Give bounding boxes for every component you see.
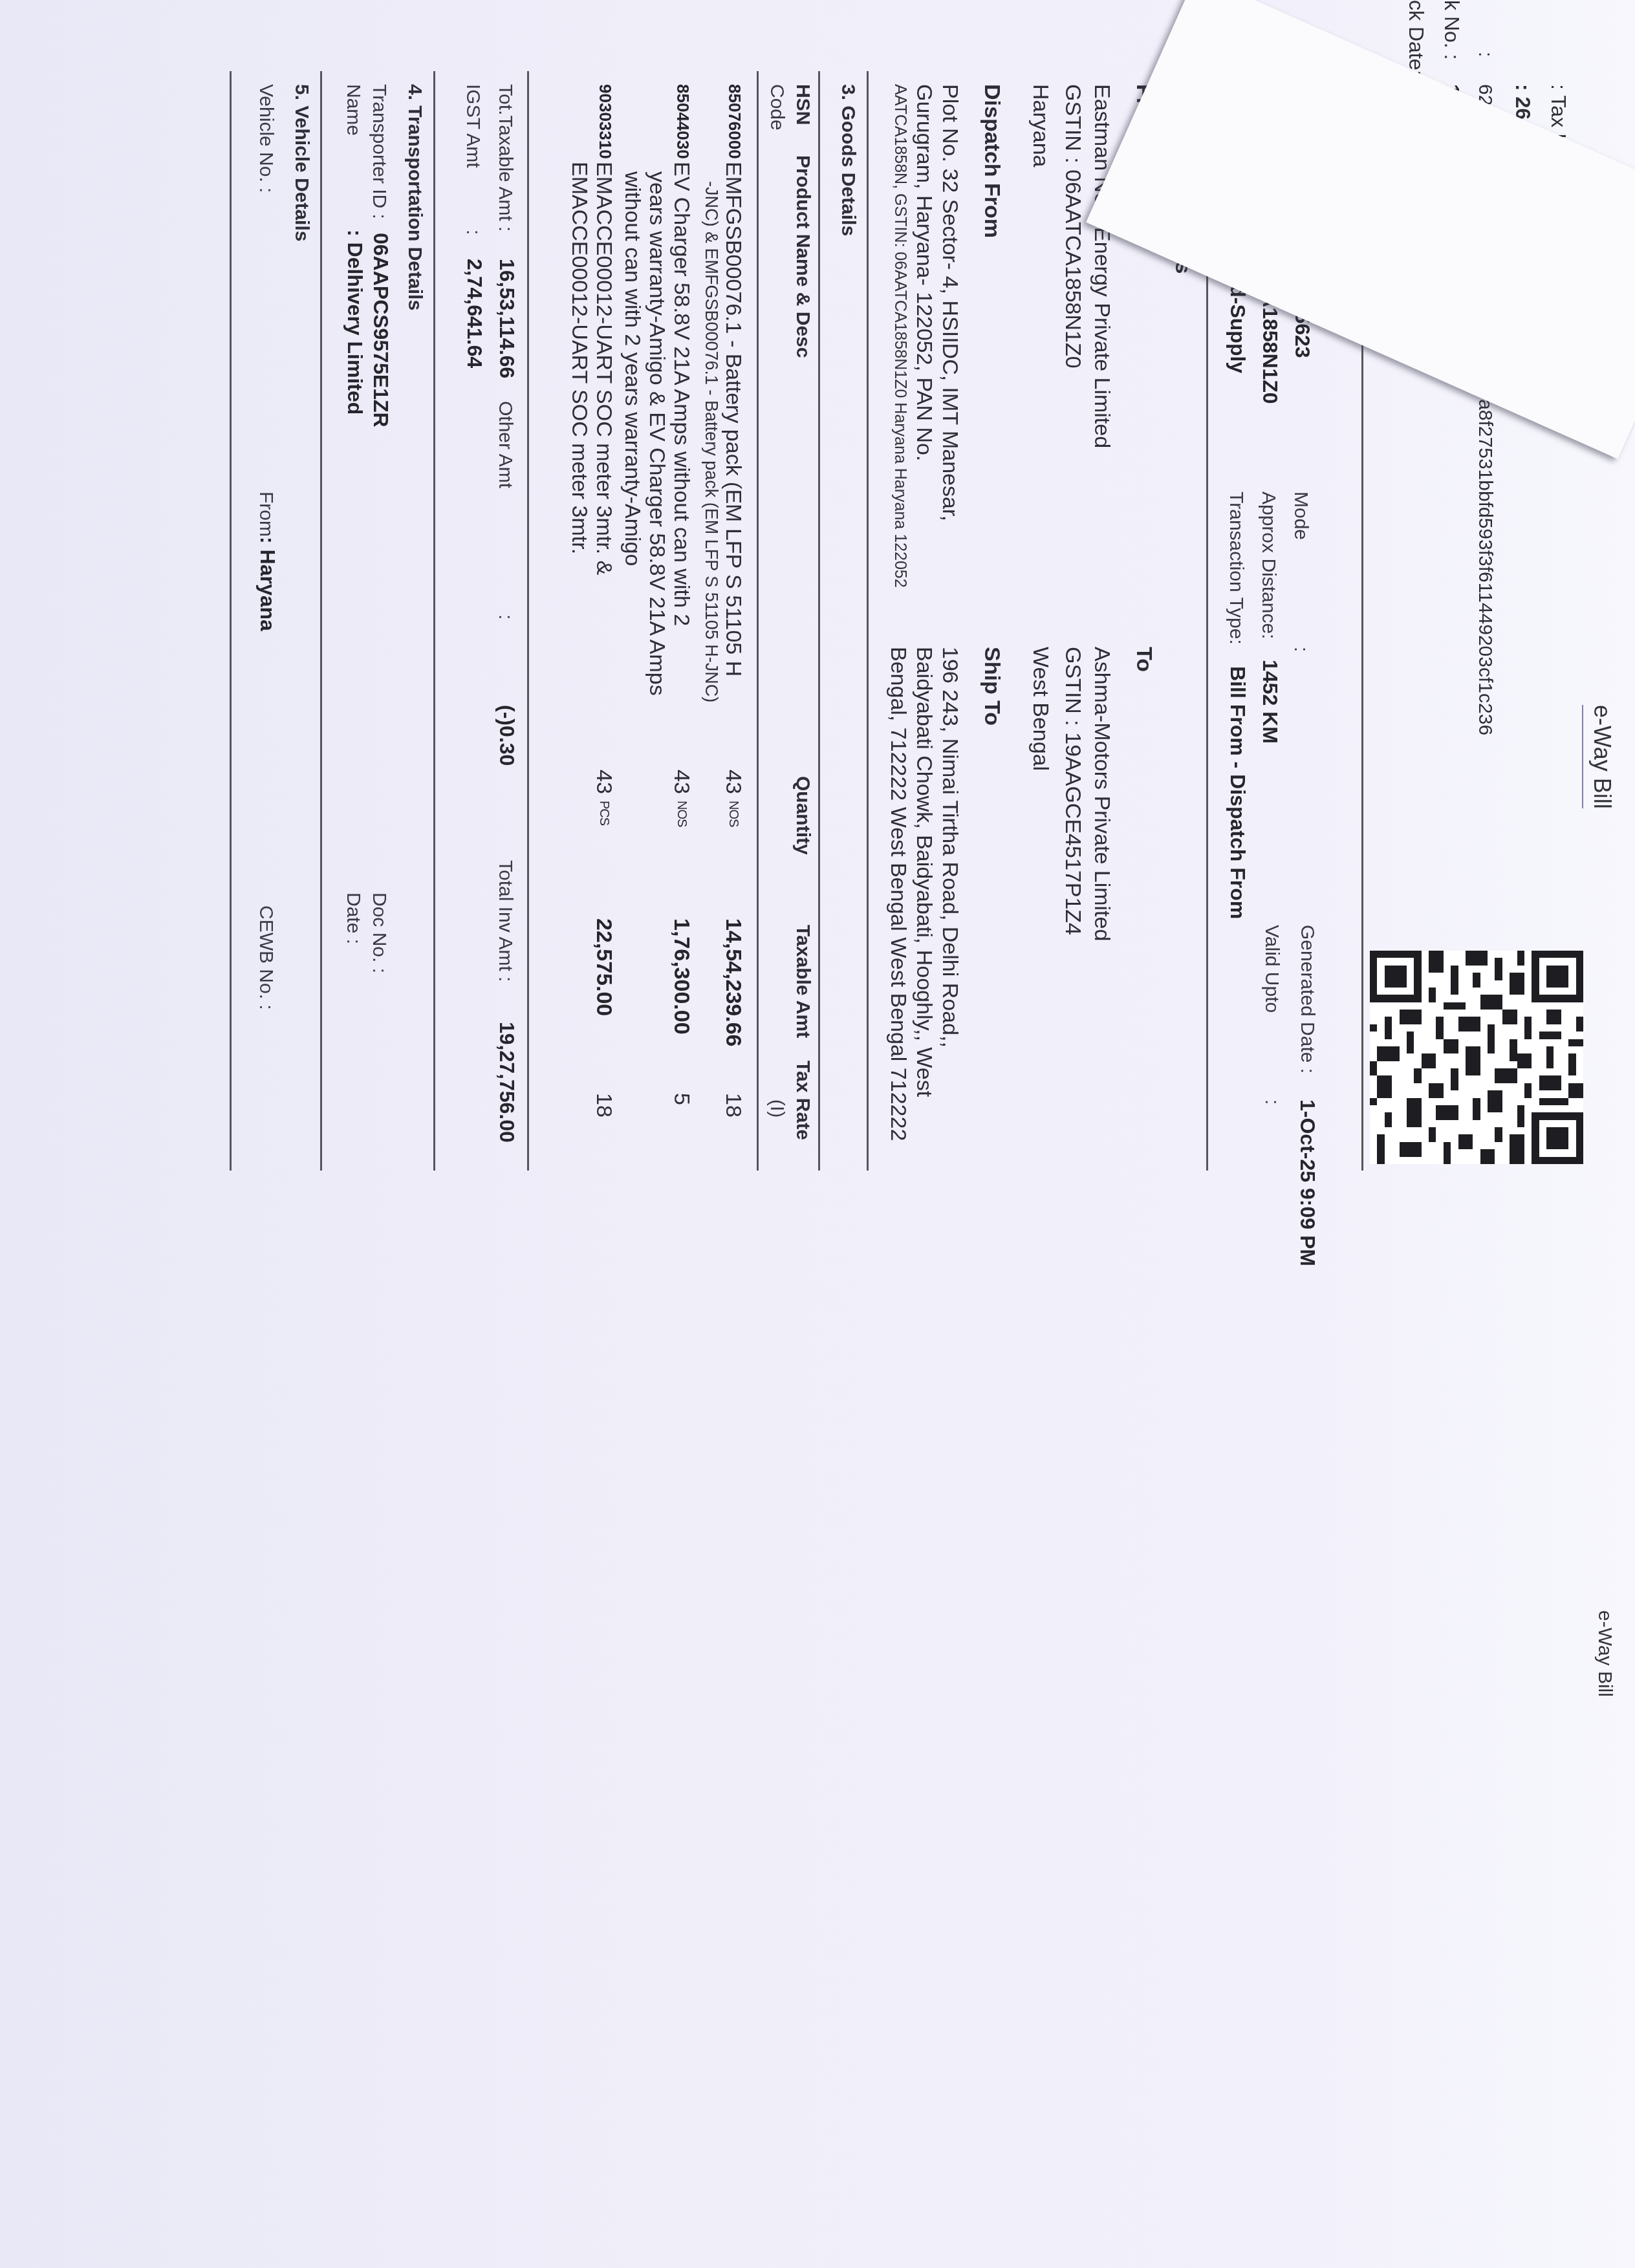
doc-date-label: Date : — [342, 892, 364, 944]
quantity-value: 43 — [720, 770, 746, 794]
col-quantity: Quantity — [792, 776, 814, 855]
doc-no-label: Doc No. : — [368, 892, 390, 973]
section-transport-heading: 4. Transportation Details — [404, 84, 426, 310]
quantity-unit: PCS — [596, 801, 611, 825]
total-taxable-value: 16,53,114.66 — [495, 259, 519, 378]
divider — [320, 71, 322, 1171]
product-description-line: years warranty-Amigo & EV Charger 58.8V … — [644, 171, 669, 696]
divider — [230, 71, 232, 1171]
from-state: Haryana — [1028, 84, 1053, 167]
other-amt-label: Other Amt — [494, 401, 516, 488]
product-description-line: without can with 2 years warranty-Amigo — [620, 171, 645, 566]
tax-rate: 18 — [720, 1093, 746, 1118]
vehicle-from-value: : Haryana — [255, 537, 279, 631]
tax-rate: 5 — [669, 1093, 694, 1105]
other-amt-separator: : — [494, 614, 516, 620]
to-name: Ashma-Motors Private Limited — [1089, 647, 1114, 941]
col-product: Product Name & Desc — [792, 155, 814, 358]
quantity-unit: NOS — [726, 801, 741, 826]
divider — [527, 71, 529, 1171]
other-amt-value: (-)0.30 — [495, 705, 519, 766]
transporter-name-value: : Delhivery Limited — [343, 230, 367, 415]
section-vehicle-heading: 5. Vehicle Details — [290, 84, 312, 241]
col-taxable-amt: Taxable Amt — [792, 925, 814, 1038]
vehicle-from-label: From — [255, 491, 277, 537]
quantity-value: 43 — [669, 770, 694, 794]
valid-upto-separator: : — [1261, 1099, 1283, 1105]
divider — [818, 71, 820, 1171]
from-name: Eastman New Energy Private Limited — [1089, 84, 1114, 448]
to-gstin: GSTIN : 19AAGCE4517P1Z4 — [1060, 647, 1085, 935]
quantity-value: 43 — [591, 770, 616, 794]
product-description-line: -JNC) & EMFGSB00076.1 - Battery pack (EM… — [701, 181, 721, 702]
igst-amt-value: 2,74,641.64 — [462, 259, 486, 368]
to-state: West Bengal — [1028, 647, 1053, 771]
to-heading: To — [1131, 647, 1156, 672]
from-gstin: GSTIN : 06AATCA1858N1Z0 — [1060, 84, 1085, 369]
col-hsn-code: Code — [766, 84, 788, 131]
col-tax-rate-sub: (I) — [766, 1099, 788, 1118]
ack-date-label: ck Date: — [1404, 0, 1428, 76]
document-title-right: e-Way Bill — [1594, 1610, 1616, 1697]
product-description-line: EV Charger 58.8V 21A Amps without can wi… — [669, 162, 694, 626]
divider — [867, 71, 869, 1171]
total-invoice-label: Total Inv Amt : — [494, 860, 516, 982]
dispatch-address-line1: Plot No. 32 Sector- 4, HSIIDC, IMT Manes… — [937, 84, 962, 521]
total-taxable-label: Tot.Taxable Amt : — [494, 84, 516, 232]
transporter-id-label: Transporter ID : — [368, 84, 390, 219]
approx-distance-label: Approx Distance: — [1257, 491, 1279, 639]
valid-upto-label: Valid Upto — [1261, 925, 1283, 1013]
approx-distance-value: 1452 KM — [1258, 660, 1282, 744]
mode-separator: : — [1290, 647, 1312, 652]
igst-amt-separator: : — [462, 230, 484, 235]
hsn-code: 85076000 — [724, 84, 744, 159]
mode-label: Mode — [1290, 491, 1312, 540]
qr-code — [1370, 951, 1583, 1164]
vehicle-no-label: Vehicle No. : — [255, 84, 277, 193]
product-description-line: EMACCE00012-UART SOC meter 3mtr. — [567, 162, 592, 554]
tax-rate: 18 — [591, 1093, 616, 1118]
ship-to-heading: Ship To — [979, 647, 1004, 726]
col-tax-rate: Tax Rate — [792, 1061, 814, 1140]
product-description-line: EMACCE00012-UART SOC meter 3mtr. & — [591, 162, 616, 575]
hsn-code: 85044030 — [673, 84, 693, 159]
taxable-amount: 1,76,300.00 — [669, 918, 694, 1035]
divider — [433, 71, 435, 1171]
ack-no-label: k No. : — [1440, 0, 1464, 59]
shipto-address-line3: Bengal, 712222 West Bengal West Bengal 7… — [885, 647, 911, 1141]
transaction-type-label: Transaction Type: — [1225, 491, 1247, 645]
igst-amt-label: IGST Amt — [462, 84, 484, 167]
transaction-type-value: Bill From - Dispatch From — [1226, 666, 1250, 919]
transporter-id-value: 06AAPCS9575E1ZR — [369, 233, 393, 427]
generated-date-value: 1-Oct-25 9:09 PM — [1295, 1099, 1319, 1266]
product-description-line: EMFGSB00076.1 - Battery pack (EM LFP S 5… — [720, 162, 746, 676]
dispatch-from-heading: Dispatch From — [979, 84, 1004, 238]
taxable-amount: 22,575.00 — [591, 918, 616, 1016]
transporter-name-label: Name — [342, 84, 364, 136]
shipto-address-line1: 196 243, Nimai Tirtha Road, Delhi Road,, — [937, 647, 962, 1048]
generated-date-label: Generated Date : — [1296, 925, 1318, 1074]
hsn-code: 90303310 — [595, 84, 615, 159]
dispatch-address-line2: Gurugram, Haryana- 122052, PAN No. — [911, 84, 937, 461]
divider — [757, 71, 759, 1171]
title-underline — [1582, 705, 1583, 808]
dispatch-address-line3: AATCA1858N, GSTIN: 06AATCA1858N1Z0 Harya… — [891, 84, 909, 588]
taxable-amount: 14,54,239.66 — [720, 918, 746, 1047]
document-title: e-Way Bill — [1588, 705, 1616, 809]
shipto-address-line2: Baidyabati Chowk, Baidyabati, Hooghly,, … — [911, 647, 937, 1097]
quantity-unit: NOS — [674, 801, 689, 826]
section-goods-heading: 3. Goods Details — [837, 84, 859, 236]
col-hsn: HSN — [792, 84, 814, 125]
total-invoice-value: 19,27,756.00 — [495, 1022, 519, 1143]
irn-label: : — [1474, 52, 1496, 57]
cewb-no-label: CEWB No. : — [255, 905, 277, 1010]
